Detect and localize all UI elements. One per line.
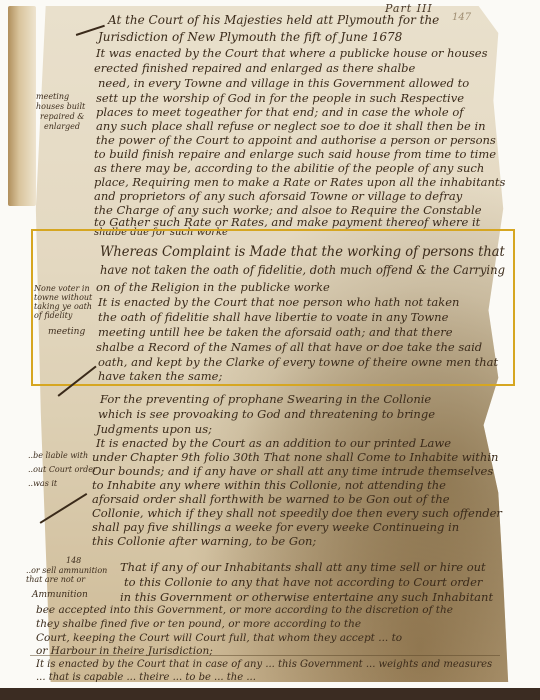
margin-note: ..was it [28, 480, 57, 488]
text-line: on of the Religion in the publicke worke [96, 282, 330, 294]
text-line: in this Government or otherwise entertai… [120, 592, 493, 604]
text-line: For the preventing of prophane Swearing … [100, 394, 431, 406]
text-line: have taken the same; [98, 371, 222, 383]
margin-note: meeting [48, 328, 85, 337]
text-line: which is see provoaking to God and threa… [98, 409, 435, 421]
heading-line-1: At the Court of his Majesties held att P… [108, 14, 439, 26]
text-line: need, in every Towne and village in this… [98, 78, 469, 90]
text-line: bee accepted into this Government, or mo… [36, 605, 453, 616]
text-line: It is enacted by the Court that noe pers… [98, 297, 459, 309]
margin-note: ..be liable with [28, 452, 88, 460]
book-binding-edge [8, 6, 36, 206]
folio-number: 147 [452, 12, 471, 23]
text-line: as there may be, according to the abilit… [94, 163, 484, 175]
text-line: shalbe a Record of the Names of all that… [96, 342, 482, 354]
text-line: to Inhabite any where within this Collon… [92, 480, 446, 492]
text-line: It is enacted by the Court as an additio… [96, 438, 451, 450]
text-line: It is enacted by the Court that in case … [36, 660, 492, 670]
text-line: they shalbe fined five or ten pound, or … [36, 619, 361, 630]
text-line: shall pay five shillings a weeke for eve… [92, 522, 459, 534]
text-line: erected finished repaired and enlarged a… [94, 63, 415, 75]
margin-note: houses built [36, 103, 85, 111]
text-line: under Chapter 9th folio 30th That none s… [92, 452, 498, 464]
text-line: Our bounds; and if any have or shall att… [92, 466, 493, 478]
margin-note: meeting [36, 93, 69, 101]
text-line: have not taken the oath of fidelitie, do… [100, 264, 505, 276]
text-line: and proprietors of any such aforsaid Tow… [94, 191, 462, 203]
text-line: to build finish repaire and enlarge such… [94, 149, 496, 161]
text-line: sett up the worship of God in for the pe… [96, 93, 464, 105]
margin-note: Ammunition [32, 591, 88, 600]
margin-note: of fidelity [34, 312, 72, 320]
text-line: Judgments upon us; [96, 424, 212, 436]
text-line: oath, and kept by the Clarke of every to… [98, 357, 498, 369]
page-marker: 148 [66, 557, 81, 565]
margin-note: taking ye oath [34, 303, 92, 311]
margin-note: that are not or [26, 576, 85, 584]
ruled-line [30, 655, 500, 656]
text-line: It was enacted by the Court that where a… [96, 48, 488, 60]
heading-line-2: Jurisdiction of New Plymouth the fift of… [98, 31, 402, 43]
text-line: aforsaid order shall forthwith be warned… [92, 494, 450, 506]
text-line: the oath of fidelitie shall have liberti… [98, 312, 448, 324]
bottom-bar [0, 688, 540, 700]
text-line: That if any of our Inhabitants shall att… [120, 562, 486, 574]
margin-note: repaired & [40, 113, 84, 121]
margin-note: None voter in [34, 285, 90, 293]
text-line: ... that is capable ... theire ... to be… [36, 673, 256, 683]
text-line: this Collonie after warning, to be Gon; [92, 536, 316, 548]
text-line: Court, keeping the Court will Court full… [36, 633, 402, 644]
text-line: Collonie, which if they shall not speedi… [92, 508, 502, 520]
text-line: to this Collonie to any that have not ac… [124, 577, 482, 589]
margin-note: enlarged [44, 123, 80, 131]
text-line: places to meet togeather for that end; a… [96, 107, 464, 119]
text-line: the power of the Court to appoint and au… [96, 135, 496, 147]
margin-note: towne without [34, 294, 92, 302]
margin-note: ..or sell ammunition [26, 567, 107, 575]
margin-note: ..out Court order [28, 466, 97, 474]
text-line: Whereas Complaint is Made that the worki… [100, 245, 505, 259]
manuscript-page: Part III 147 At the Court of his Majesti… [0, 0, 540, 700]
text-line: any such place shall refuse or neglect s… [96, 121, 486, 133]
text-line: place, Requiring men to make a Rate or R… [94, 177, 505, 189]
text-line: meeting untill hee be taken the aforsaid… [98, 327, 453, 339]
